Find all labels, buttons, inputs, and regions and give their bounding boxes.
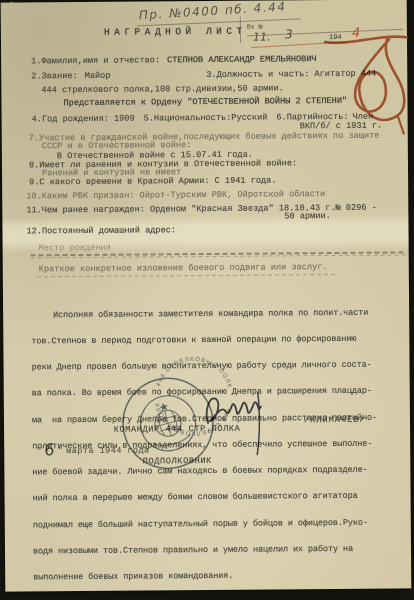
field-1-value: СТЕПНОВ АЛЕКСАНДР ЕМЕЛЬЯНОВИЧ xyxy=(167,54,317,65)
field-2: 2.Звание:Майор xyxy=(31,72,110,82)
field-1: 1.Фамилия,имя и отчество:СТЕПНОВ АЛЕКСАН… xyxy=(31,55,317,66)
page-title: НАГРАДНОЙ ЛИСТ xyxy=(104,27,247,37)
field-10-value: Ойрот-Турским РВК, Ойротской области xyxy=(139,189,325,200)
field-3-label: 3.Должность и часть: xyxy=(206,69,309,80)
date-day-handwritten: 6 xyxy=(43,440,56,460)
form-vertical-rule xyxy=(240,17,241,43)
field-10-label: 10.Каким РВК призван: xyxy=(26,191,134,202)
submission-line: Представляется к Ордену "ОТЕЧЕСТВЕННОЙ В… xyxy=(63,97,347,108)
field-5-label: 5.Национальность: xyxy=(144,113,232,124)
field-2-value: Майор xyxy=(85,71,111,81)
registration-month-handwritten: 3 xyxy=(285,27,293,41)
citation-line: тов.Степнов в период подготовки к важной… xyxy=(31,334,376,345)
citation-line: поднимал еще больший наступательный поры… xyxy=(33,518,378,529)
citation-line: Исполняя обязанности заместителя команди… xyxy=(31,308,376,319)
field-4-value: 1909 xyxy=(114,114,135,124)
date-quote-open: " xyxy=(36,446,41,456)
field-12-label: 12.Постоянный домашний адрес: xyxy=(26,226,176,236)
field-9-value: С 1941 года. xyxy=(215,175,277,185)
document-scan: 2 Пр. №0400 пб. 4.44 НАГРАДНОЙ ЛИСТ Вх №… xyxy=(0,0,414,600)
signer-name: /КЛИМАЧЕВ/ xyxy=(304,416,366,425)
registration-day-handwritten: 11. xyxy=(253,30,271,43)
field-11-value: Орденом "Красная Звезда" 18.10.43 г.№ 02… xyxy=(150,203,377,215)
field-9: 9.С какого времени в Красной Армии:С 194… xyxy=(29,176,276,187)
summary-heading-underline xyxy=(37,274,337,278)
citation-line: выполнение боевых приказов командования. xyxy=(33,571,378,582)
red-pen-mark xyxy=(319,15,412,146)
field-11-value-continued: 50 армии. xyxy=(284,212,330,221)
field-2-label: 2.Звание: xyxy=(31,71,77,81)
commander-signature xyxy=(202,380,273,461)
summary-heading: Краткое конкретное изложение боевого под… xyxy=(39,263,328,274)
citation-line: ний полка в перерыве между боями словом … xyxy=(33,492,378,503)
field-4-label: 4.Год рождения: xyxy=(32,114,109,125)
field-10: 10.Каким РВК призван:Ойрот-Турским РВК, … xyxy=(26,190,325,201)
paper: Пр. №0400 пб. 4.44 НАГРАДНОЙ ЛИСТ Вх № 1… xyxy=(1,0,412,592)
citation-line: водя низовыми тов.Степнов правильно и ум… xyxy=(33,544,378,555)
field-1-label: 1.Фамилия,имя и отчество: xyxy=(31,55,160,66)
date-quote-close: " xyxy=(58,446,63,456)
field-3-value-continued: 444 стрелкового полка,108 стр.дивизии,50… xyxy=(41,84,283,95)
birthplace-label: Место рождения xyxy=(39,244,111,254)
field-11-label: 11.Чем ранее награжден: xyxy=(26,204,145,215)
field-5-value: Русский xyxy=(231,113,267,123)
field-9-label: 9.С какого времени в Красной Армии: xyxy=(29,176,210,187)
